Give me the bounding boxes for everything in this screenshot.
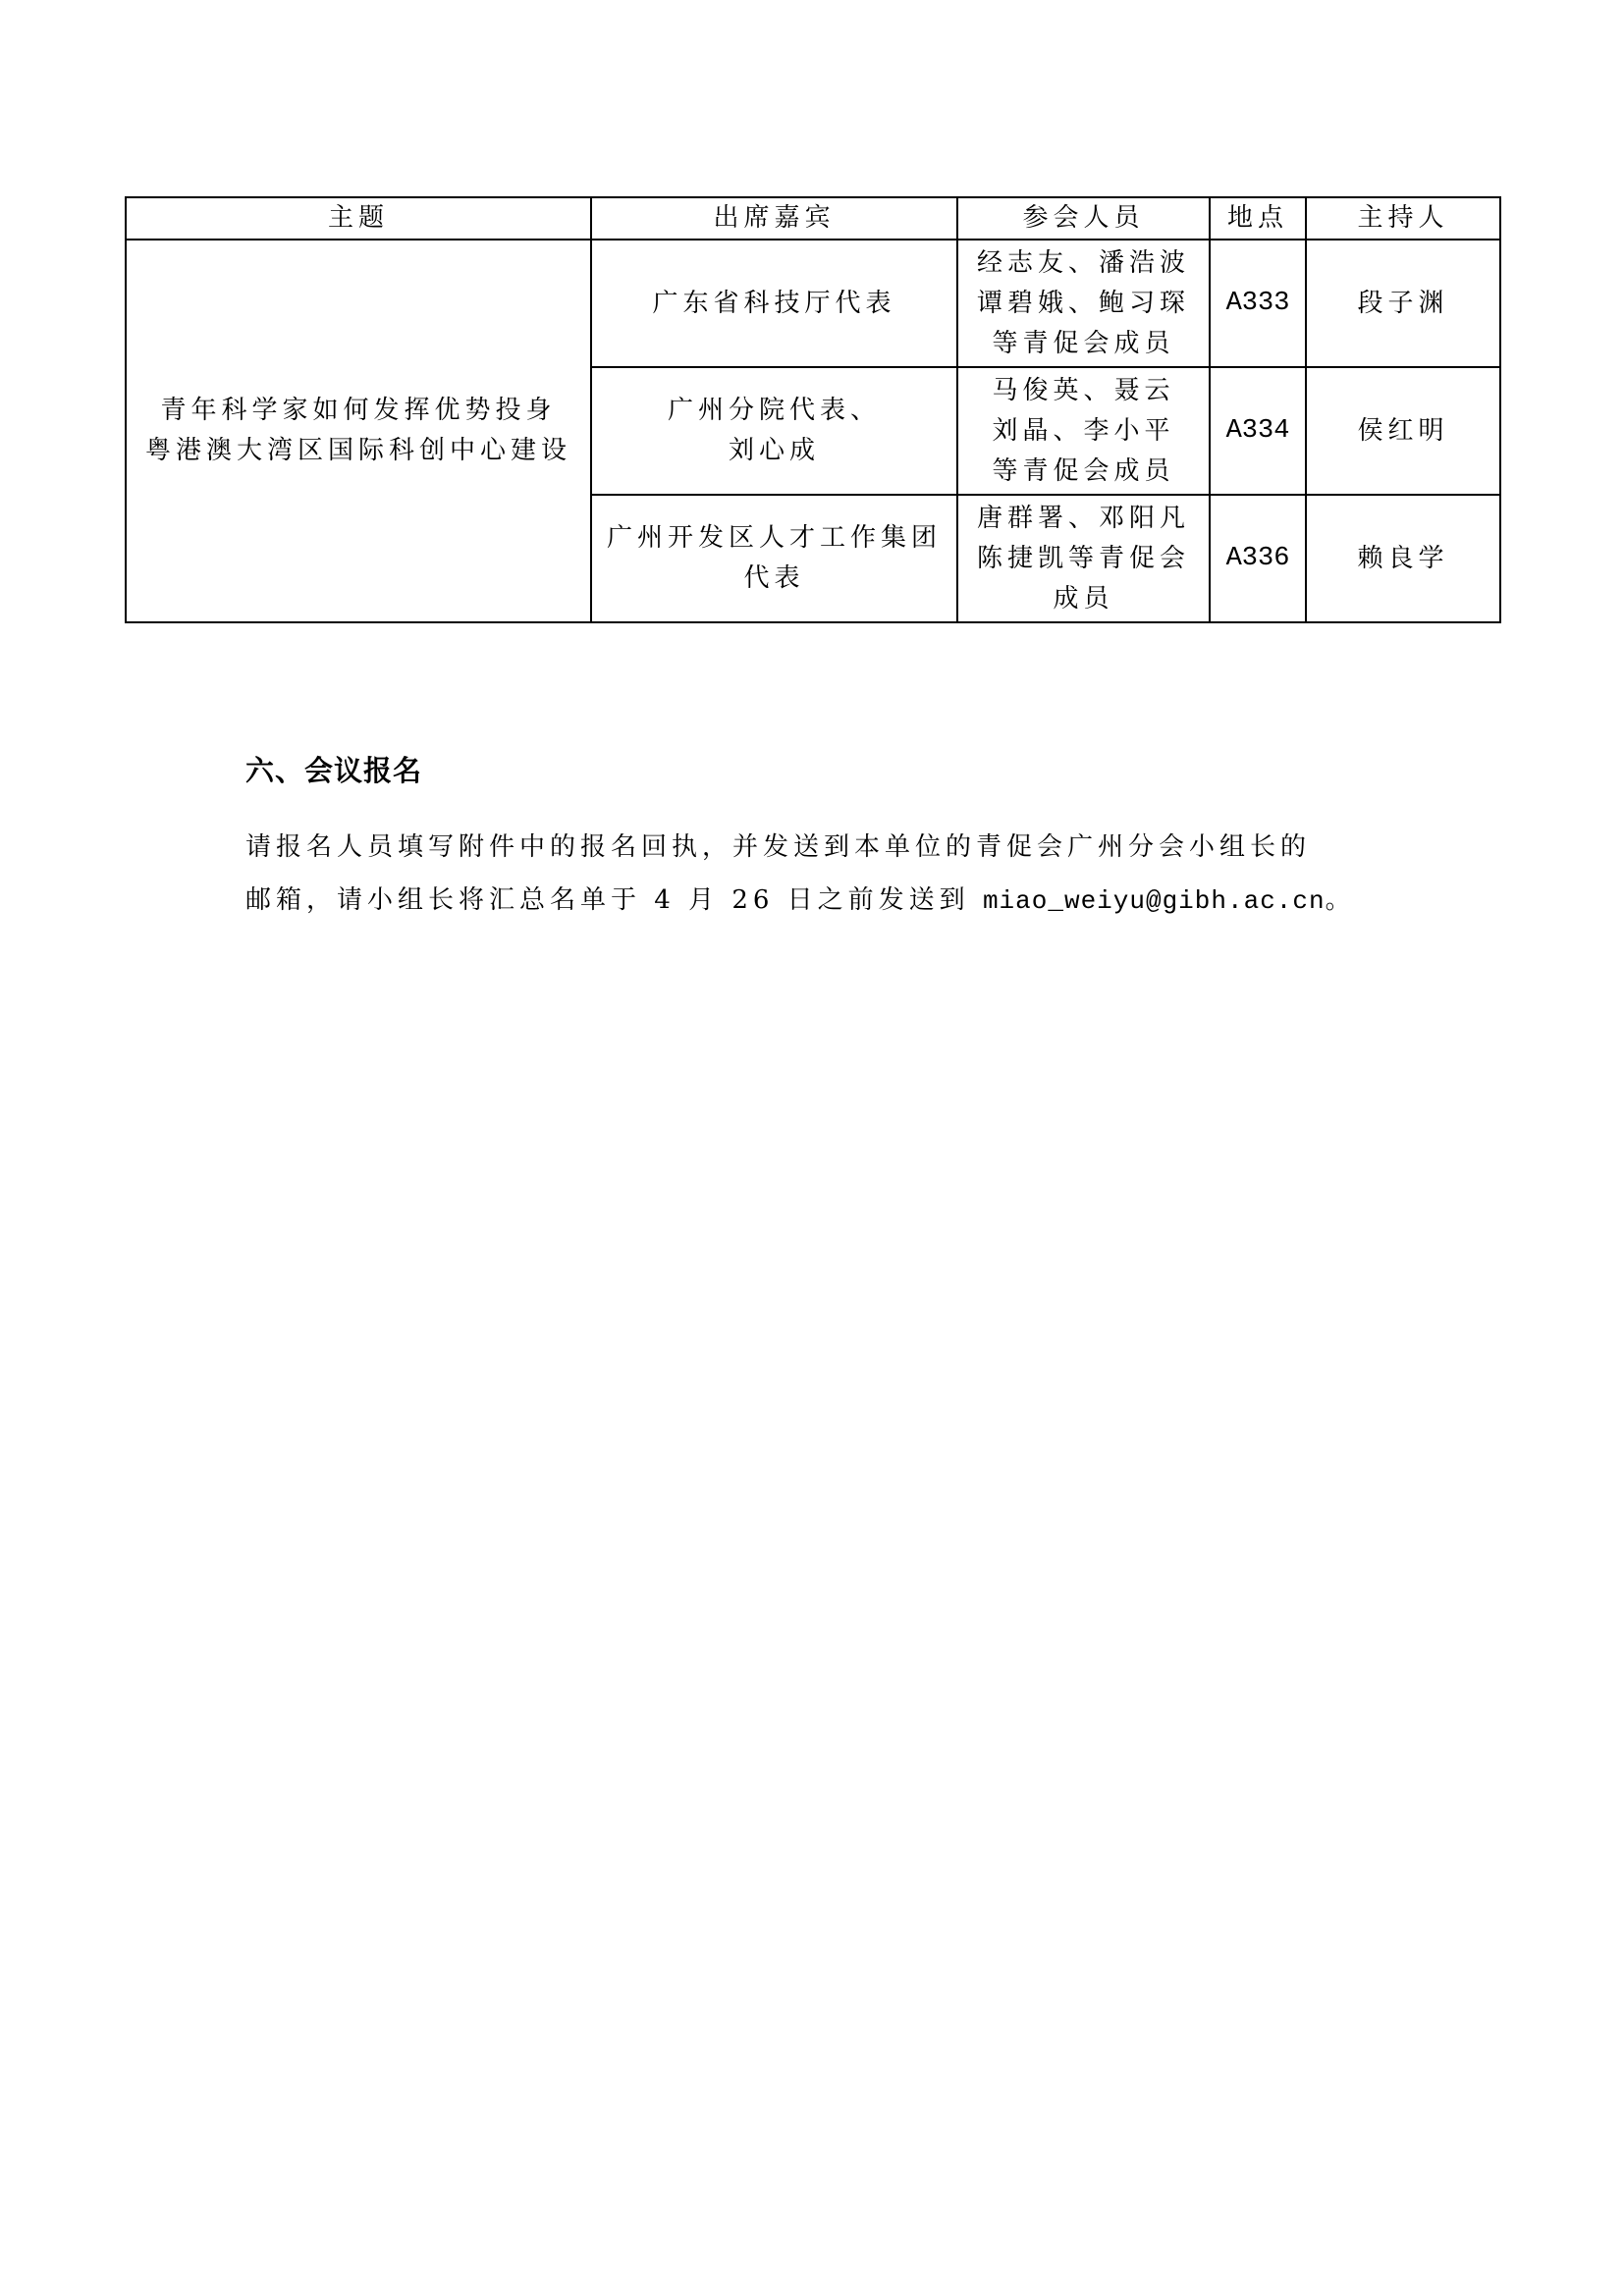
location-cell: A336: [1210, 495, 1306, 622]
schedule-table: 主题 出席嘉宾 参会人员 地点 主持人 青年科学家如何发挥优势投身 粤港澳大湾区…: [125, 196, 1501, 623]
header-topic: 主题: [126, 197, 591, 240]
paragraph-text: 。: [1326, 885, 1356, 915]
guest-line: 广东省科技厅代表: [596, 284, 952, 324]
paragraph-line: 请报名人员填写附件中的报名回执，并发送到本单位的青促会广州分会小组长的: [245, 821, 1404, 874]
guest-line: 广州开发区人才工作集团: [596, 518, 952, 559]
host-cell: 段子渊: [1306, 240, 1500, 367]
attendee-line: 等青促会成员: [962, 324, 1205, 364]
table-header-row: 主题 出席嘉宾 参会人员 地点 主持人: [126, 197, 1500, 240]
attendee-line: 陈捷凯等青促会: [962, 539, 1205, 579]
attendees-cell: 马俊英、聂云 刘晶、李小平 等青促会成员: [957, 367, 1210, 495]
host-cell: 赖良学: [1306, 495, 1500, 622]
location-cell: A334: [1210, 367, 1306, 495]
header-guests: 出席嘉宾: [591, 197, 957, 240]
attendee-line: 刘晶、李小平: [962, 411, 1205, 452]
guests-cell: 广州分院代表、 刘心成: [591, 367, 957, 495]
guest-line: 代表: [596, 559, 952, 599]
paragraph-line: 邮箱，请小组长将汇总名单于 4 月 26 日之前发送到 miao_weiyu@g…: [245, 874, 1404, 928]
table-row: 青年科学家如何发挥优势投身 粤港澳大湾区国际科创中心建设 广东省科技厅代表 经志…: [126, 240, 1500, 367]
topic-line: 青年科学家如何发挥优势投身: [131, 391, 586, 431]
attendee-line: 成员: [962, 579, 1205, 619]
guests-cell: 广州开发区人才工作集团 代表: [591, 495, 957, 622]
host-cell: 侯红明: [1306, 367, 1500, 495]
attendee-line: 马俊英、聂云: [962, 371, 1205, 411]
attendee-line: 经志友、潘浩波: [962, 243, 1205, 284]
guests-cell: 广东省科技厅代表: [591, 240, 957, 367]
attendee-line: 谭碧娥、鲍习琛: [962, 284, 1205, 324]
attendee-line: 唐群署、邓阳凡: [962, 499, 1205, 539]
guest-line: 刘心成: [596, 431, 952, 471]
email-link[interactable]: miao_weiyu@gibh.ac.cn: [983, 886, 1326, 916]
section-heading: 六、会议报名: [245, 749, 422, 789]
header-attendees: 参会人员: [957, 197, 1210, 240]
topic-line: 粤港澳大湾区国际科创中心建设: [131, 431, 586, 471]
attendees-cell: 经志友、潘浩波 谭碧娥、鲍习琛 等青促会成员: [957, 240, 1210, 367]
registration-paragraph: 请报名人员填写附件中的报名回执，并发送到本单位的青促会广州分会小组长的 邮箱，请…: [245, 821, 1404, 928]
guest-line: 广州分院代表、: [596, 391, 952, 431]
paragraph-text: 邮箱，请小组长将汇总名单于 4 月 26 日之前发送到: [245, 885, 983, 915]
location-cell: A333: [1210, 240, 1306, 367]
header-location: 地点: [1210, 197, 1306, 240]
attendees-cell: 唐群署、邓阳凡 陈捷凯等青促会 成员: [957, 495, 1210, 622]
topic-cell: 青年科学家如何发挥优势投身 粤港澳大湾区国际科创中心建设: [126, 240, 591, 622]
attendee-line: 等青促会成员: [962, 452, 1205, 492]
header-host: 主持人: [1306, 197, 1500, 240]
